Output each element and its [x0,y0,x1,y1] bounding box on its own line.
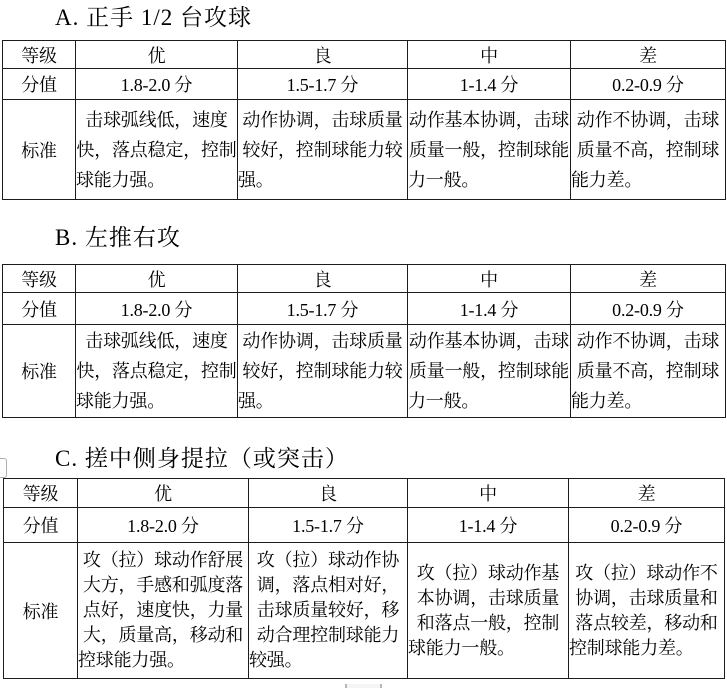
score-cell: 1-1.4 分 [408,508,569,543]
score-cell: 1-1.4 分 [408,293,571,325]
header-cell-grade: 等级 [3,41,76,69]
standard-cell: 击球弧线低，速度快，落点稳定，控制球能力强。 [76,100,238,200]
score-row: 分值 1.8-2.0 分 1.5-1.7 分 1-1.4 分 0.2-0.9 分 [4,508,725,543]
score-cell: 0.2-0.9 分 [571,293,726,325]
header-cell-poor: 差 [571,265,726,293]
standard-row: 标准 击球弧线低，速度快，落点稳定，控制球能力强。 动作协调，击球质量较好，控制… [3,100,726,200]
grading-table-c: 等级 优 良 中 差 分值 1.8-2.0 分 1.5-1.7 分 1-1.4 … [3,478,725,679]
header-cell-excellent: 优 [76,265,238,293]
standard-cell: 动作基本协调，击球质量一般，控制球能力一般。 [408,325,571,418]
header-cell-medium: 中 [408,265,571,293]
standard-cell: 动作基本协调，击球质量一般，控制球能力一般。 [408,100,571,200]
header-cell-excellent: 优 [76,41,238,69]
header-cell-grade: 等级 [3,265,76,293]
standard-cell: 动作不协调，击球质量不高，控制球能力差。 [571,100,726,200]
header-cell-grade: 等级 [4,479,78,508]
header-cell-poor: 差 [569,479,725,508]
header-row: 等级 优 良 中 差 [3,265,726,293]
standard-cell: 攻（拉）球动作舒展大方，手感和弧度落点好，速度快，力量大，质量高，移动和控球能力… [78,543,249,679]
standard-cell: 动作协调，击球质量较好，控制球能力较强。 [238,325,408,418]
standard-row-label: 标准 [3,325,76,418]
standard-cell: 攻（拉）球动作基本协调，击球质量和落点一般，控制球能力一般。 [408,543,569,679]
header-cell-medium: 中 [408,479,569,508]
header-cell-good: 良 [238,41,408,69]
standard-cell: 动作协调，击球质量较好，控制球能力较强。 [238,100,408,200]
header-cell-poor: 差 [571,41,726,69]
score-row-label: 分值 [4,508,78,543]
score-row: 分值 1.8-2.0 分 1.5-1.7 分 1-1.4 分 0.2-0.9 分 [3,293,726,325]
standard-cell: 动作不协调，击球质量不高，控制球能力差。 [571,325,726,418]
horizontal-scrollbar-thumb[interactable] [345,684,382,688]
section-c-title: C. 搓中侧身提拉（或突击） [55,445,727,473]
standard-cell: 攻（拉）球动作协调，落点相对好，击球质量较好，移动合理控制球能力较强。 [249,543,408,679]
section-a-title: A. 正手 1/2 台攻球 [55,4,727,32]
header-cell-medium: 中 [408,41,571,69]
score-cell: 1.5-1.7 分 [238,69,408,100]
score-cell: 1.8-2.0 分 [76,69,238,100]
header-row: 等级 优 良 中 差 [3,41,726,69]
header-cell-good: 良 [238,265,408,293]
score-cell: 0.2-0.9 分 [569,508,725,543]
standard-row-label: 标准 [3,100,76,200]
score-cell: 1.5-1.7 分 [249,508,408,543]
score-cell: 1.8-2.0 分 [76,293,238,325]
header-cell-excellent: 优 [78,479,249,508]
score-row-label: 分值 [3,69,76,100]
score-cell: 1.5-1.7 分 [238,293,408,325]
score-cell: 1-1.4 分 [408,69,571,100]
score-row: 分值 1.8-2.0 分 1.5-1.7 分 1-1.4 分 0.2-0.9 分 [3,69,726,100]
score-row-label: 分值 [3,293,76,325]
standard-cell: 击球弧线低，速度快，落点稳定，控制球能力强。 [76,325,238,418]
standard-row: 标准 击球弧线低，速度快，落点稳定，控制球能力强。 动作协调，击球质量较好，控制… [3,325,726,418]
header-row: 等级 优 良 中 差 [4,479,725,508]
score-cell: 0.2-0.9 分 [571,69,726,100]
section-b-title: B. 左推右攻 [55,224,727,252]
score-cell: 1.8-2.0 分 [78,508,249,543]
standard-row: 标准 攻（拉）球动作舒展大方，手感和弧度落点好，速度快，力量大，质量高，移动和控… [4,543,725,679]
standard-row-label: 标准 [4,543,78,679]
grading-table-b: 等级 优 良 中 差 分值 1.8-2.0 分 1.5-1.7 分 1-1.4 … [2,264,726,418]
standard-cell: 攻（拉）球动作不协调，击球质量和落点较差，移动和控制球能力差。 [569,543,725,679]
grading-table-a: 等级 优 良 中 差 分值 1.8-2.0 分 1.5-1.7 分 1-1.4 … [2,40,726,200]
window-edge-fragment [0,458,7,478]
header-cell-good: 良 [249,479,408,508]
